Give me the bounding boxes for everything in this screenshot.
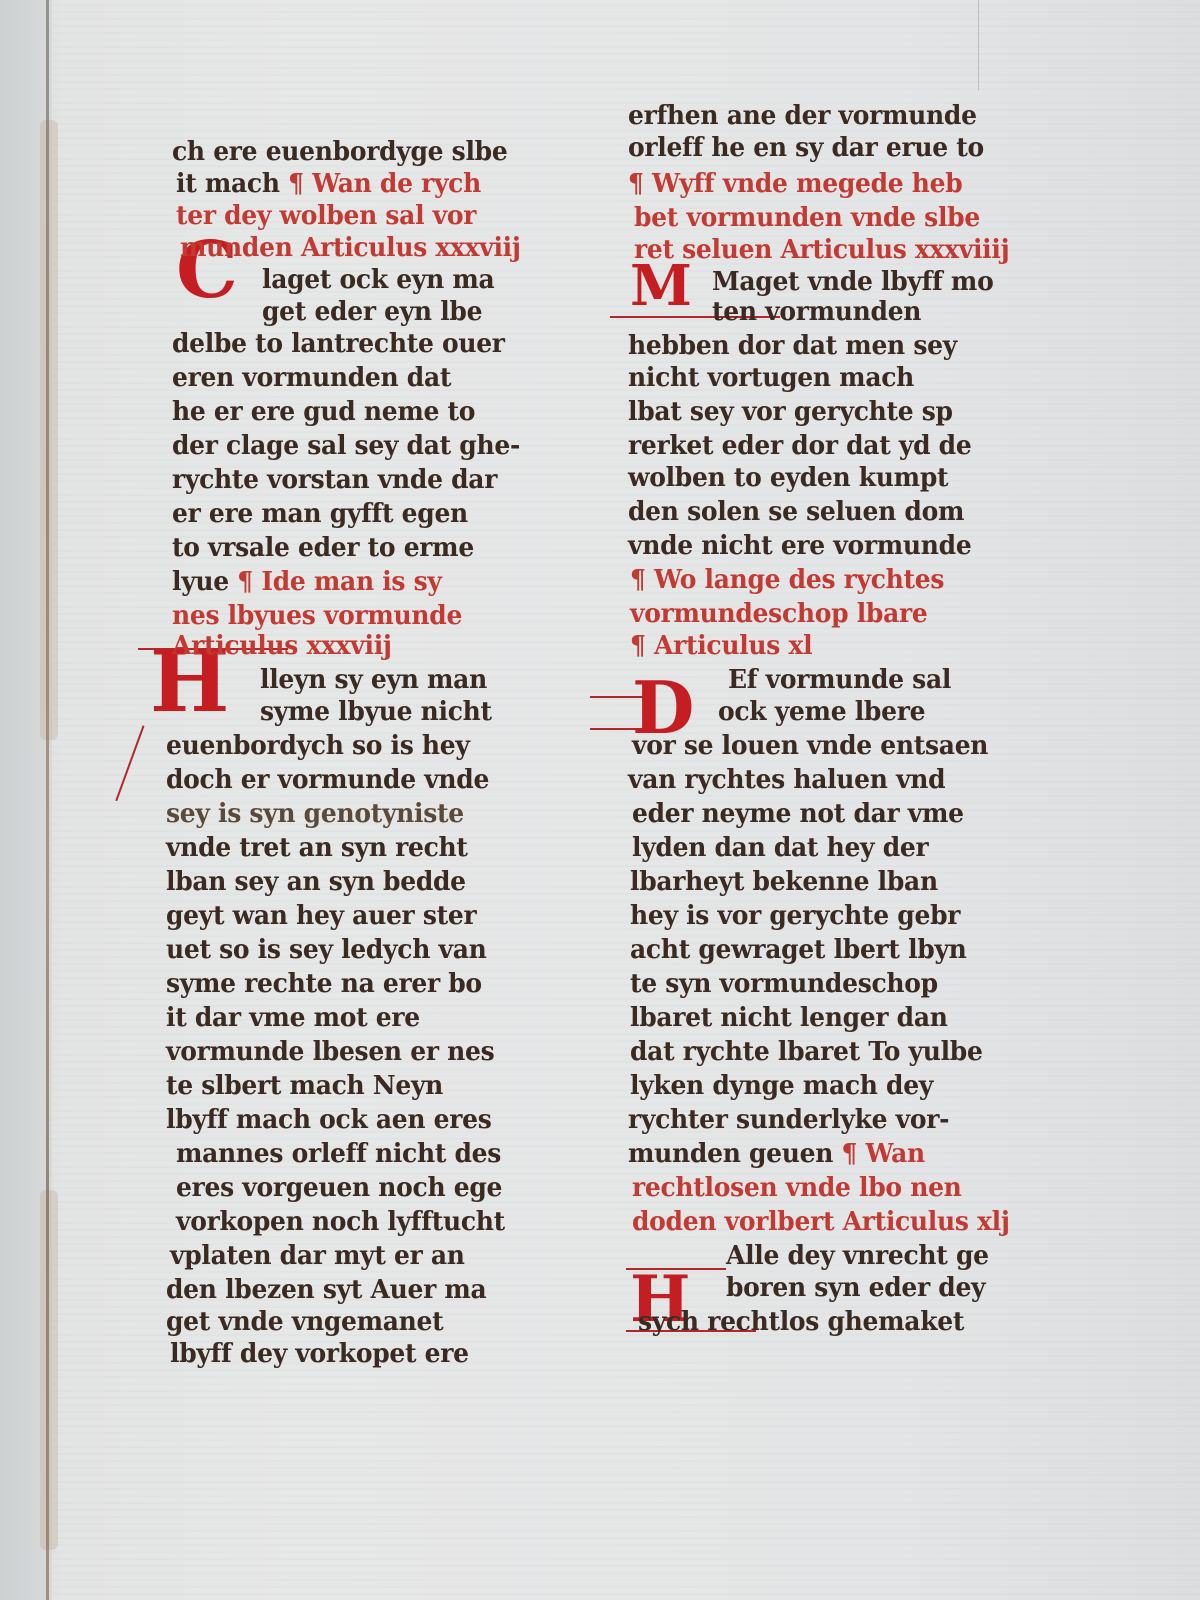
manuscript-line: syme lbyue nicht (260, 696, 492, 726)
manuscript-line: lbyff mach ock aen eres (166, 1104, 492, 1134)
manuscript-line: eres vorgeuen noch ege (176, 1172, 502, 1202)
manuscript-line: orleff he en sy dar erue to (628, 132, 984, 162)
manuscript-line: delbe to lantrechte ouer (172, 328, 505, 358)
initial-flourish (115, 725, 144, 801)
manuscript-line: van rychtes haluen vnd (628, 764, 945, 794)
gutter-fold (46, 0, 49, 1600)
gutter-stain (40, 120, 58, 740)
manuscript-line: sych rechtlos ghemaket (638, 1306, 964, 1336)
manuscript-line: den lbezen syt Auer ma (166, 1274, 486, 1304)
manuscript-line: geyt wan hey auer ster (166, 900, 476, 930)
manuscript-line: nicht vortugen mach (628, 362, 914, 392)
manuscript-line: vplaten dar myt er an (170, 1240, 465, 1270)
manuscript-line: Alle dey vnrecht ge (726, 1240, 989, 1270)
manuscript-page: C H ch ere euenbordyge slbe it mach ¶ Wa… (0, 0, 1200, 1600)
manuscript-line: ch ere euenbordyge slbe (172, 136, 507, 166)
rubric-line: munden Articulus xxxviij (180, 232, 521, 262)
manuscript-line: te slbert mach Neyn (166, 1070, 443, 1100)
rubric-line: Articulus xxxviij (172, 630, 392, 660)
rubric-text: ¶ Ide man is sy (229, 566, 442, 596)
manuscript-line: te syn vormundeschop (630, 968, 938, 998)
manuscript-line: to vrsale eder to erme (172, 532, 474, 562)
ruling-line (978, 0, 979, 90)
rubric-line: bet vormunden vnde slbe (634, 202, 980, 232)
manuscript-line: acht gewraget lbert lbyn (630, 934, 967, 964)
rubric-line: ¶ Articulus xl (630, 630, 812, 660)
rubric-text: ¶ Wan (833, 1138, 925, 1168)
rubric-line: doden vorlbert Articulus xlj (632, 1206, 1010, 1236)
manuscript-line: erfhen ane der vormunde (628, 100, 977, 130)
manuscript-line: er ere man gyfft egen (172, 498, 468, 528)
manuscript-line: get vnde vngemanet (166, 1306, 443, 1336)
manuscript-line: mannes orleff nicht des (176, 1138, 501, 1168)
manuscript-line: lbarheyt bekenne lban (630, 866, 938, 896)
manuscript-line: rychter sunderlyke vor- (628, 1104, 949, 1134)
manuscript-line: lyue ¶ Ide man is sy (172, 566, 442, 596)
gutter-stain (40, 1190, 58, 1550)
manuscript-line: euenbordych so is hey (166, 730, 470, 760)
manuscript-line: sey is syn genotyniste (166, 798, 464, 828)
rubric-line: ret seluen Articulus xxxviiij (634, 234, 1009, 264)
manuscript-line: doch er vormunde vnde (166, 764, 489, 794)
manuscript-line: lyden dan dat hey der (632, 832, 928, 862)
rubric-line: rechtlosen vnde lbo nen (632, 1172, 962, 1202)
manuscript-line: lyken dynge mach dey (630, 1070, 933, 1100)
rubric-line: ter dey wolben sal vor (176, 200, 476, 230)
manuscript-line: hebben dor dat men sey (628, 330, 957, 360)
manuscript-line: vnde nicht ere vormunde (628, 530, 971, 560)
rubric-text: ¶ Wan de rych (280, 168, 481, 198)
manuscript-line: boren syn eder dey (726, 1272, 985, 1302)
rubric-line: nes lbyues vormunde (172, 600, 462, 630)
manuscript-line: dat rychte lbaret To yulbe (630, 1036, 983, 1066)
manuscript-line: lbaret nicht lenger dan (630, 1002, 948, 1032)
manuscript-line: it mach ¶ Wan de rych (176, 168, 481, 198)
manuscript-line: eren vormunden dat (172, 362, 451, 392)
manuscript-line: vormunde lbesen er nes (166, 1036, 494, 1066)
manuscript-line: vor se louen vnde entsaen (632, 730, 988, 760)
manuscript-line: lbat sey vor gerychte sp (628, 396, 953, 426)
manuscript-line: Ef vormunde sal (728, 664, 951, 694)
manuscript-line: lleyn sy eyn man (260, 664, 487, 694)
manuscript-line: rychte vorstan vnde dar (172, 464, 497, 494)
manuscript-line: munden geuen ¶ Wan (628, 1138, 925, 1168)
manuscript-line: get eder eyn lbe (262, 296, 482, 326)
manuscript-line: syme rechte na erer bo (166, 968, 482, 998)
manuscript-line: eder neyme not dar vme (632, 798, 964, 828)
manuscript-line: lbyff dey vorkopet ere (170, 1338, 469, 1368)
manuscript-line: ock yeme lbere (718, 696, 925, 726)
manuscript-line: rerket eder dor dat yd de (628, 430, 971, 460)
manuscript-line: vnde tret an syn recht (166, 832, 468, 862)
manuscript-line: he er ere gud neme to (172, 396, 475, 426)
manuscript-line: hey is vor gerychte gebr (630, 900, 960, 930)
manuscript-line: ten vormunden (712, 296, 921, 326)
rubric-line: ¶ Wyff vnde megede heb (628, 168, 962, 198)
red-initial-m: M (630, 258, 692, 314)
manuscript-line: uet so is sey ledych van (166, 934, 487, 964)
manuscript-line: der clage sal sey dat ghe- (172, 430, 520, 460)
manuscript-line: vorkopen noch lyfftucht (176, 1206, 505, 1236)
manuscript-line: it dar vme mot ere (166, 1002, 420, 1032)
manuscript-line: wolben to eyden kumpt (628, 462, 948, 492)
manuscript-line: den solen se seluen dom (628, 496, 964, 526)
manuscript-line: lban sey an syn bedde (166, 866, 466, 896)
manuscript-line: laget ock eyn ma (262, 264, 494, 294)
rubric-line: ¶ Wo lange des rychtes (630, 564, 944, 594)
rubric-line: vormundeschop lbare (630, 598, 927, 628)
manuscript-line: Maget vnde lbyff mo (712, 266, 993, 296)
